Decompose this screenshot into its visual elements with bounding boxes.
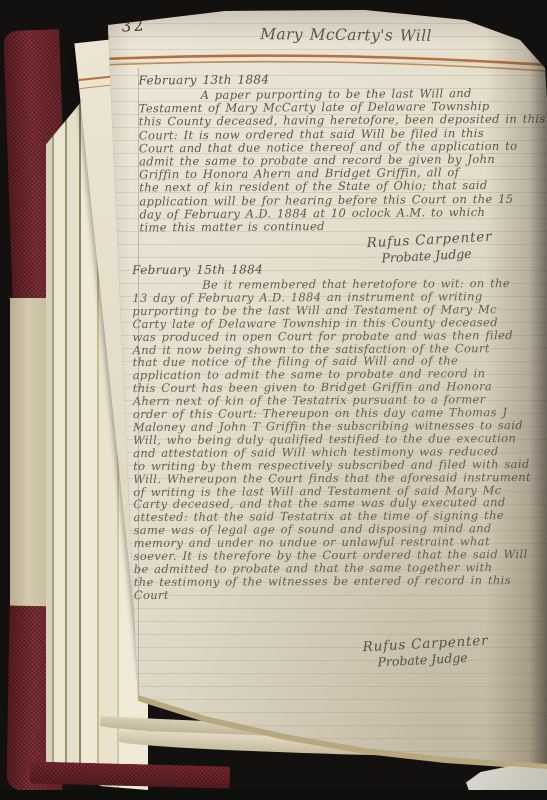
page-number: 32: [121, 15, 146, 35]
ledger-book-photo: 2 32 Mary McCarty's Will February 13th 1…: [0, 0, 547, 800]
entry-2-body: Be it remembered that heretofore to wit:…: [132, 277, 544, 602]
table-surface-shadow: [0, 790, 547, 800]
probate-entry-1: February 13th 1884 A paper purporting to…: [138, 71, 541, 235]
main-page: 32 Mary McCarty's Will February 13th 188…: [105, 6, 547, 776]
record-title: Mary McCarty's Will: [175, 24, 517, 46]
entry-1-body: A paper purporting to be the last Will a…: [139, 87, 542, 235]
handwritten-line: Court: [134, 587, 544, 602]
probate-entry-2: February 15th 1884 Be it remembered that…: [132, 261, 544, 602]
entry-2-date: February 15th 1884: [132, 261, 542, 277]
handwritten-line: the testimony of the witnesses be entere…: [134, 574, 544, 589]
header-rule: [105, 50, 547, 72]
entry-1-date: February 13th 1884: [138, 71, 540, 88]
judge-signature-2: Rufus Carpenter Probate Judge: [362, 633, 489, 671]
